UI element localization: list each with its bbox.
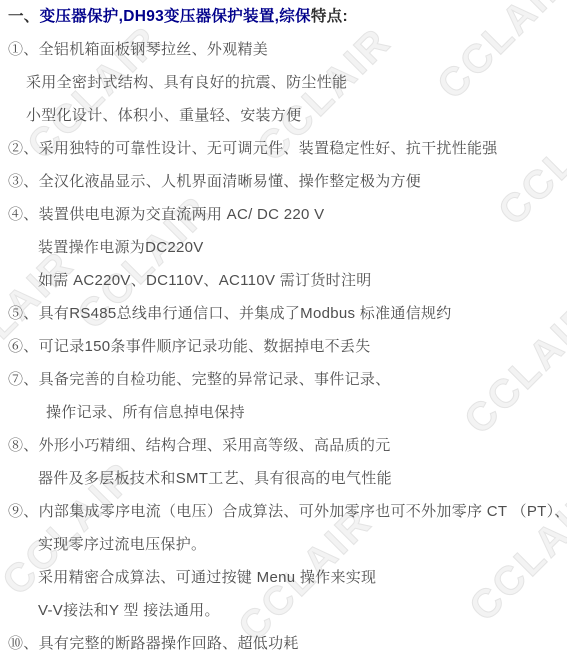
feature-line: ⑧、外形小巧精细、结构合理、采用高等级、高品质的元 <box>0 429 567 462</box>
feature-line: ④、装置供电电源为交直流两用 AC/ DC 220 V <box>0 198 567 231</box>
feature-line: 实现零序过流电压保护。 <box>0 528 567 561</box>
feature-line: ⑩、具有完整的断路器操作回路、超低功耗 <box>0 627 567 660</box>
feature-line: 采用全密封式结构、具有良好的抗震、防尘性能 <box>0 66 567 99</box>
page: CCLAIR CCLAIR CCLAIR CCLAIR CCLAIR CCLAI… <box>0 0 567 662</box>
feature-line: V-V接法和Y 型 接法通用。 <box>0 594 567 627</box>
feature-line: ⑨、内部集成零序电流（电压）合成算法、可外加零序也可不外加零序 CT （PT）、 <box>0 495 567 528</box>
feature-line: 小型化设计、体积小、重量轻、安装方便 <box>0 99 567 132</box>
document-body: 一、变压器保护,DH93变压器保护装置,综保特点: ①、全铝机箱面板钢琴拉丝、外… <box>0 0 567 662</box>
section-title-highlight: 变压器保护,DH93变压器保护装置,综保 <box>40 8 311 25</box>
feature-line: 如需 AC220V、DC110V、AC110V 需订货时注明 <box>0 264 567 297</box>
section-title-prefix: 一、 <box>8 8 40 25</box>
feature-line: ①、全铝机箱面板钢琴拉丝、外观精美 <box>0 33 567 66</box>
section-title: 一、变压器保护,DH93变压器保护装置,综保特点: <box>0 0 567 33</box>
feature-line: ②、采用独特的可靠性设计、无可调元件、装置稳定性好、抗干扰性能强 <box>0 132 567 165</box>
feature-line: ⑦、具备完善的自检功能、完整的异常记录、事件记录、 <box>0 363 567 396</box>
feature-line: 装置操作电源为DC220V <box>0 231 567 264</box>
section-title-suffix: 特点: <box>311 8 348 25</box>
feature-line: 采用精密合成算法、可通过按键 Menu 操作来实现 <box>0 561 567 594</box>
feature-line: 操作记录、所有信息掉电保持 <box>0 396 567 429</box>
feature-line: ③、全汉化液晶显示、人机界面清晰易懂、操作整定极为方便 <box>0 165 567 198</box>
feature-line: ⑥、可记录150条事件顺序记录功能、数据掉电不丢失 <box>0 330 567 363</box>
feature-line: 器件及多层板技术和SMT工艺、具有很高的电气性能 <box>0 462 567 495</box>
feature-line: ⑤、具有RS485总线串行通信口、并集成了Modbus 标准通信规约 <box>0 297 567 330</box>
